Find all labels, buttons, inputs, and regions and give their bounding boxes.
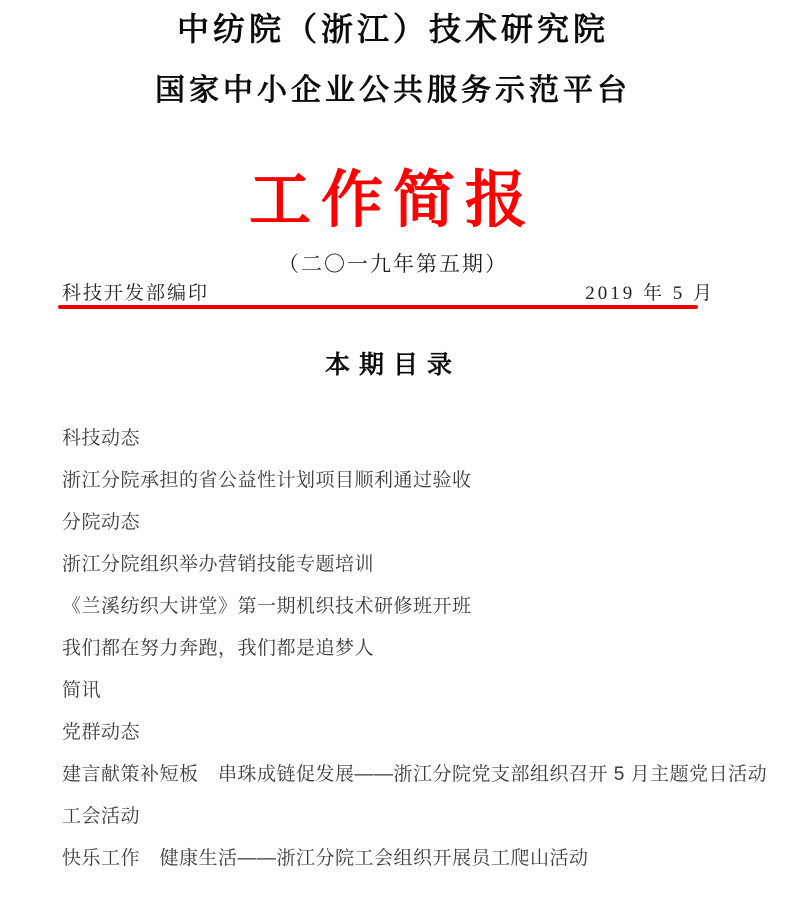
toc-item-article: 建言献策补短板 串珠成链促发展——浙江分院党支部组织召开 5 月主题党日活动 xyxy=(62,764,746,785)
toc-item-section: 党群动态 xyxy=(62,722,746,743)
toc-item-article: 《兰溪纺织大讲堂》第一期机织技术研修班开班 xyxy=(62,596,746,617)
toc-item-article: 浙江分院承担的省公益性计划项目顺利通过验收 xyxy=(62,470,746,491)
publication-date: 2019 年 5 月 xyxy=(585,283,715,304)
toc-item-article: 我们都在努力奔跑，我们都是追梦人 xyxy=(62,638,746,659)
toc-item-section: 工会活动 xyxy=(62,806,746,827)
toc-list: 科技动态 浙江分院承担的省公益性计划项目顺利通过验收 分院动态 浙江分院组织举办… xyxy=(62,428,746,869)
toc-item-section: 简讯 xyxy=(62,680,746,701)
toc-item-section: 分院动态 xyxy=(62,512,746,533)
toc-item-article: 快乐工作 健康生活——浙江分院工会组织开展员工爬山活动 xyxy=(62,848,746,869)
toc-item-section: 科技动态 xyxy=(62,428,746,449)
meta-row: 科技开发部编印 2019 年 5 月 xyxy=(62,283,715,304)
red-divider-rule xyxy=(58,305,698,309)
bulletin-title: 工作简报 xyxy=(0,169,786,233)
organization-subtitle: 国家中小企业公共服务示范平台 xyxy=(0,75,786,107)
bulletin-page: 中纺院（浙江）技术研究院 国家中小企业公共服务示范平台 工作简报 （二〇一九年第… xyxy=(0,0,786,920)
toc-item-article: 浙江分院组织举办营销技能专题培训 xyxy=(62,554,746,575)
publisher-label: 科技开发部编印 xyxy=(62,283,209,304)
issue-number: （二〇一九年第五期） xyxy=(0,253,786,275)
toc-heading: 本期目录 xyxy=(0,352,786,379)
organization-name: 中纺院（浙江）技术研究院 xyxy=(0,0,786,46)
